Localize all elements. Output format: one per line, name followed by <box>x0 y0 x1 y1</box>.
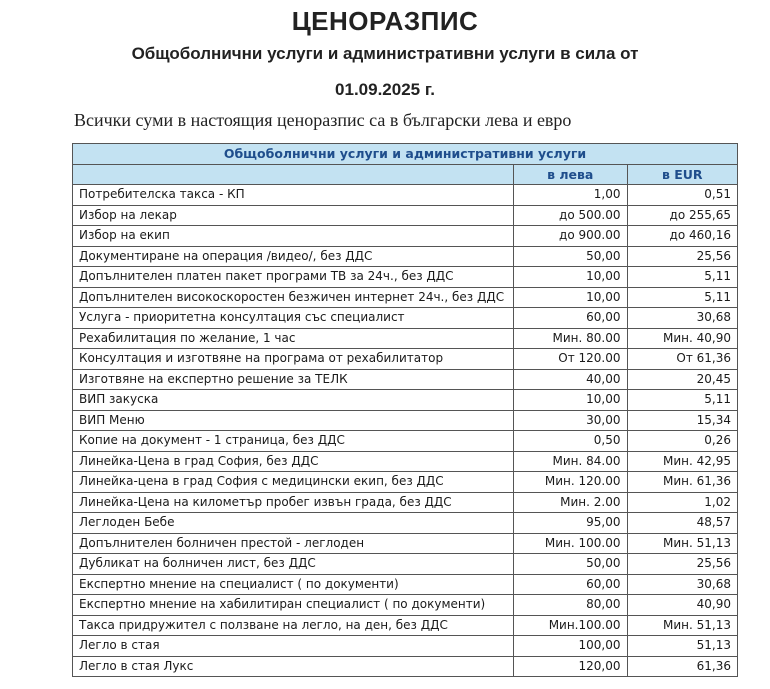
table-row: Легло в стая Лукс120,0061,36 <box>73 656 738 677</box>
table-row: Потребителска такса - КП1,000,51 <box>73 185 738 206</box>
price-bgn: Мин. 84.00 <box>513 451 627 472</box>
price-bgn: 10,00 <box>513 287 627 308</box>
service-name: Услуга - приоритетна консултация със спе… <box>73 308 514 329</box>
effective-date: 01.09.2025 г. <box>0 80 770 100</box>
price-eur: Мин. 51,13 <box>627 615 738 636</box>
price-eur: 0,26 <box>627 431 738 452</box>
table-row: Избор на лекардо 500.00до 255,65 <box>73 205 738 226</box>
price-bgn: до 900.00 <box>513 226 627 247</box>
price-bgn: Мин. 100.00 <box>513 533 627 554</box>
service-name: Линейка-Цена в град София, без ДДС <box>73 451 514 472</box>
table-row: Експертно мнение на хабилитиран специали… <box>73 595 738 616</box>
table-row: Допълнителен платен пакет програми ТВ за… <box>73 267 738 288</box>
price-eur: 30,68 <box>627 574 738 595</box>
price-eur: 5,11 <box>627 267 738 288</box>
price-bgn: 120,00 <box>513 656 627 677</box>
table-row: Дубликат на болничен лист, без ДДС50,002… <box>73 554 738 575</box>
price-eur: 5,11 <box>627 390 738 411</box>
service-name: Допълнителен платен пакет програми ТВ за… <box>73 267 514 288</box>
price-eur: 15,34 <box>627 410 738 431</box>
service-name: Експертно мнение на хабилитиран специали… <box>73 595 514 616</box>
page-subtitle: Общоболнични услуги и административни ус… <box>0 44 770 64</box>
column-header-bgn: в лева <box>513 164 627 185</box>
table-row: Леглоден Бебе95,0048,57 <box>73 513 738 534</box>
price-bgn: 10,00 <box>513 390 627 411</box>
service-name: Допълнителен високоскоростен безжичен ин… <box>73 287 514 308</box>
table-title-row: Общоболнични услуги и административни ус… <box>73 144 738 165</box>
service-name: Консултация и изготвяне на програма от р… <box>73 349 514 370</box>
page-title: ЦЕНОРАЗПИС <box>0 6 770 37</box>
price-bgn: Мин. 80.00 <box>513 328 627 349</box>
table-header-row: в лева в EUR <box>73 164 738 185</box>
service-name: Потребителска такса - КП <box>73 185 514 206</box>
price-bgn: до 500.00 <box>513 205 627 226</box>
service-name: Избор на лекар <box>73 205 514 226</box>
price-bgn: От 120.00 <box>513 349 627 370</box>
service-name: Линейка-цена в град София с медицински е… <box>73 472 514 493</box>
service-name: Документиране на операция /видео/, без Д… <box>73 246 514 267</box>
price-eur: 20,45 <box>627 369 738 390</box>
table-row: Изготвяне на експертно решение за ТЕЛК40… <box>73 369 738 390</box>
price-eur: 30,68 <box>627 308 738 329</box>
table-row: Копие на документ - 1 страница, без ДДС0… <box>73 431 738 452</box>
price-bgn: 50,00 <box>513 246 627 267</box>
price-bgn: 60,00 <box>513 574 627 595</box>
service-name: Избор на екип <box>73 226 514 247</box>
service-name: Линейка-Цена на километър пробег извън г… <box>73 492 514 513</box>
price-bgn: Мин.100.00 <box>513 615 627 636</box>
table-row: Линейка-Цена в град София, без ДДСМин. 8… <box>73 451 738 472</box>
table-body: Потребителска такса - КП1,000,51Избор на… <box>73 185 738 677</box>
price-eur: Мин. 61,36 <box>627 472 738 493</box>
table-row: Експертно мнение на специалист ( по доку… <box>73 574 738 595</box>
price-bgn: 100,00 <box>513 636 627 657</box>
table-row: ВИП закуска10,005,11 <box>73 390 738 411</box>
service-name: ВИП Меню <box>73 410 514 431</box>
price-bgn: 60,00 <box>513 308 627 329</box>
table-title: Общоболнични услуги и административни ус… <box>73 144 738 165</box>
price-eur: до 255,65 <box>627 205 738 226</box>
price-bgn: 10,00 <box>513 267 627 288</box>
table-row: Линейка-Цена на километър пробег извън г… <box>73 492 738 513</box>
service-name: Дубликат на болничен лист, без ДДС <box>73 554 514 575</box>
price-eur: Мин. 51,13 <box>627 533 738 554</box>
table-row: Рехабилитация по желание, 1 часМин. 80.0… <box>73 328 738 349</box>
table-row: Такса придружител с ползване на легло, н… <box>73 615 738 636</box>
service-name: Рехабилитация по желание, 1 час <box>73 328 514 349</box>
price-eur: 25,56 <box>627 246 738 267</box>
price-bgn: Мин. 120.00 <box>513 472 627 493</box>
table-row: Документиране на операция /видео/, без Д… <box>73 246 738 267</box>
table-row: Допълнителен високоскоростен безжичен ин… <box>73 287 738 308</box>
service-name: Допълнителен болничен престой - леглоден <box>73 533 514 554</box>
price-eur: 61,36 <box>627 656 738 677</box>
price-bgn: 95,00 <box>513 513 627 534</box>
table-row: Легло в стая100,0051,13 <box>73 636 738 657</box>
service-name: ВИП закуска <box>73 390 514 411</box>
price-eur: 48,57 <box>627 513 738 534</box>
price-eur: 25,56 <box>627 554 738 575</box>
service-name: Легло в стая Лукс <box>73 656 514 677</box>
price-eur: 1,02 <box>627 492 738 513</box>
price-eur: 0,51 <box>627 185 738 206</box>
price-bgn: 30,00 <box>513 410 627 431</box>
price-bgn: 1,00 <box>513 185 627 206</box>
price-eur: до 460,16 <box>627 226 738 247</box>
table-row: Избор на екипдо 900.00до 460,16 <box>73 226 738 247</box>
service-name: Леглоден Бебе <box>73 513 514 534</box>
price-bgn: 80,00 <box>513 595 627 616</box>
price-eur: 51,13 <box>627 636 738 657</box>
service-name: Копие на документ - 1 страница, без ДДС <box>73 431 514 452</box>
price-eur: Мин. 42,95 <box>627 451 738 472</box>
service-name: Експертно мнение на специалист ( по доку… <box>73 574 514 595</box>
table-row: Допълнителен болничен престой - леглоден… <box>73 533 738 554</box>
column-header-service <box>73 164 514 185</box>
price-eur: 40,90 <box>627 595 738 616</box>
price-bgn: 0,50 <box>513 431 627 452</box>
price-eur: От 61,36 <box>627 349 738 370</box>
price-bgn: Мин. 2.00 <box>513 492 627 513</box>
price-bgn: 50,00 <box>513 554 627 575</box>
table-row: Линейка-цена в град София с медицински е… <box>73 472 738 493</box>
price-table: Общоболнични услуги и административни ус… <box>72 143 738 677</box>
price-eur: 5,11 <box>627 287 738 308</box>
service-name: Легло в стая <box>73 636 514 657</box>
service-name: Изготвяне на експертно решение за ТЕЛК <box>73 369 514 390</box>
table-row: Услуга - приоритетна консултация със спе… <box>73 308 738 329</box>
currency-note: Всички суми в настоящия ценоразпис са в … <box>74 110 571 131</box>
table-row: ВИП Меню30,0015,34 <box>73 410 738 431</box>
price-bgn: 40,00 <box>513 369 627 390</box>
table-row: Консултация и изготвяне на програма от р… <box>73 349 738 370</box>
column-header-eur: в EUR <box>627 164 738 185</box>
price-eur: Мин. 40,90 <box>627 328 738 349</box>
service-name: Такса придружител с ползване на легло, н… <box>73 615 514 636</box>
